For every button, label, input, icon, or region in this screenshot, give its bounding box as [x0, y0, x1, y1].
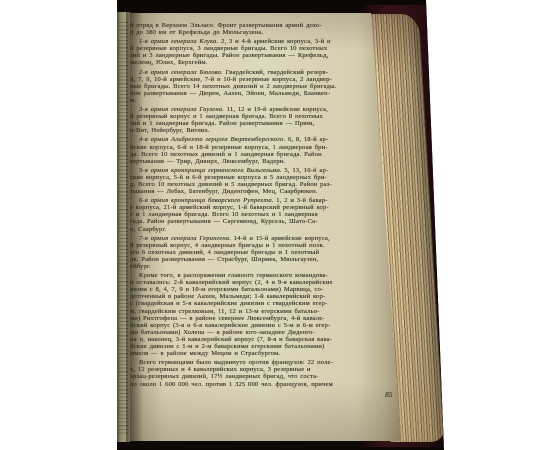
text-line: эрзац-резервных дивизий, 17½ ландверных …: [130, 373, 366, 380]
page-number: 85: [385, 390, 392, 399]
text-line: 5-я армия кронпринца германского Вильгел…: [130, 167, 366, 174]
text-line: л до 380 км от Крефельда до Мюльгаузена.: [130, 29, 366, 36]
text-line: тывания — Лебах, Батенбург, Диденгофен, …: [130, 188, 366, 195]
text-line: ло около 1 600 000 чел. против 1 325 000…: [130, 381, 366, 388]
page-text: й отряд в Верхнем Эльзасе. Фронт разверт…: [130, 22, 366, 388]
text-line: 7-я армия генерала Герингена. 14-й и 15-…: [130, 235, 366, 242]
text-line: ми) Рихтгофена — в районе севернее Люксе…: [130, 315, 366, 322]
text-line: ейбург.: [130, 263, 366, 270]
left-page-edge: [117, 12, 130, 442]
text-line: вертывания — Трир, Дикирх, Люксембург, В…: [130, 158, 366, 165]
text-line: с (гвардейская и 5-я кавалерийские дивиз…: [130, 300, 366, 307]
text-line: 4-я армия Альбрехта герцога Вюртембергск…: [130, 136, 366, 143]
right-page: й отряд в Верхнем Эльзасе. Фронт разверт…: [129, 13, 401, 441]
text-line: йский корпус (3-я и 6-я кавалерийские ди…: [130, 322, 366, 329]
text-line: йон развертывания — Дюрен, Аахен, Эйпен,…: [130, 90, 366, 97]
left-page-text-fragments: [118, 22, 128, 434]
text-line: м, гвардейским стрелковым, 11, 12 и 13-м…: [130, 308, 366, 315]
text-line: лк. Район развертывания — Страсбург, Шир…: [130, 256, 366, 263]
book-photo: й отряд в Верхнем Эльзасе. Фронт разверт…: [117, 0, 445, 450]
text-line: ми батальонами) Холена — в районе юго-за…: [130, 329, 366, 336]
army-heading: 2-я армия генерала Бюлова.: [139, 69, 223, 76]
text-line: н, Саарбург.: [130, 226, 366, 233]
text-line: его 6 пехотных дивизий, 4 ландверные бри…: [130, 249, 366, 256]
army-heading: 5-я армия кронпринца германского Вильгел…: [139, 167, 282, 174]
text-line: д. Всего 10 пехотных дивизий и 5 ландвер…: [130, 181, 366, 188]
text-line: й резервный корпус, 4 ландверные бригады…: [130, 242, 366, 249]
text-line: на и, наконец, 3-й кавалерийский корпус …: [130, 336, 366, 343]
text-line: й, 7, 9, 10-й армейские, 7-й и 10-й резе…: [130, 76, 366, 83]
army-heading: 7-я армия генерала Герингена.: [139, 235, 231, 242]
text-line: ные бригады. Всего 14 пехотных дивизий и…: [130, 83, 366, 90]
text-line: да. Всего 10 пехотных дивизий и 1 ландве…: [130, 151, 366, 158]
text-line: 2-я армия генерала Бюлова. Гвардейский, …: [130, 69, 366, 76]
text-line: йские корпуса, 6-й и 18-й резервные корп…: [130, 144, 366, 151]
army-heading: 4-я армия Альбрехта герцога Вюртембергск…: [139, 136, 285, 143]
text-line: желенц, Юлих, Берхгейм.: [130, 59, 366, 66]
text-line: н-Вит, Нейербург, Витлих.: [130, 127, 366, 134]
text-line: гада. Район развертывания — Саргемюнд, К…: [130, 218, 366, 225]
text-line: м.: [130, 97, 366, 104]
scan-background: { "colors": { "frame": "#ffffff", "backd…: [0, 0, 550, 450]
army-heading: 3-я армия генерала Гаузена.: [139, 106, 224, 113]
text-line: ские корпуса, 5-й и 6-й резервные корпус…: [130, 174, 366, 181]
text-line: ммеля — в районе между Мецом и Страсбург…: [130, 350, 366, 357]
